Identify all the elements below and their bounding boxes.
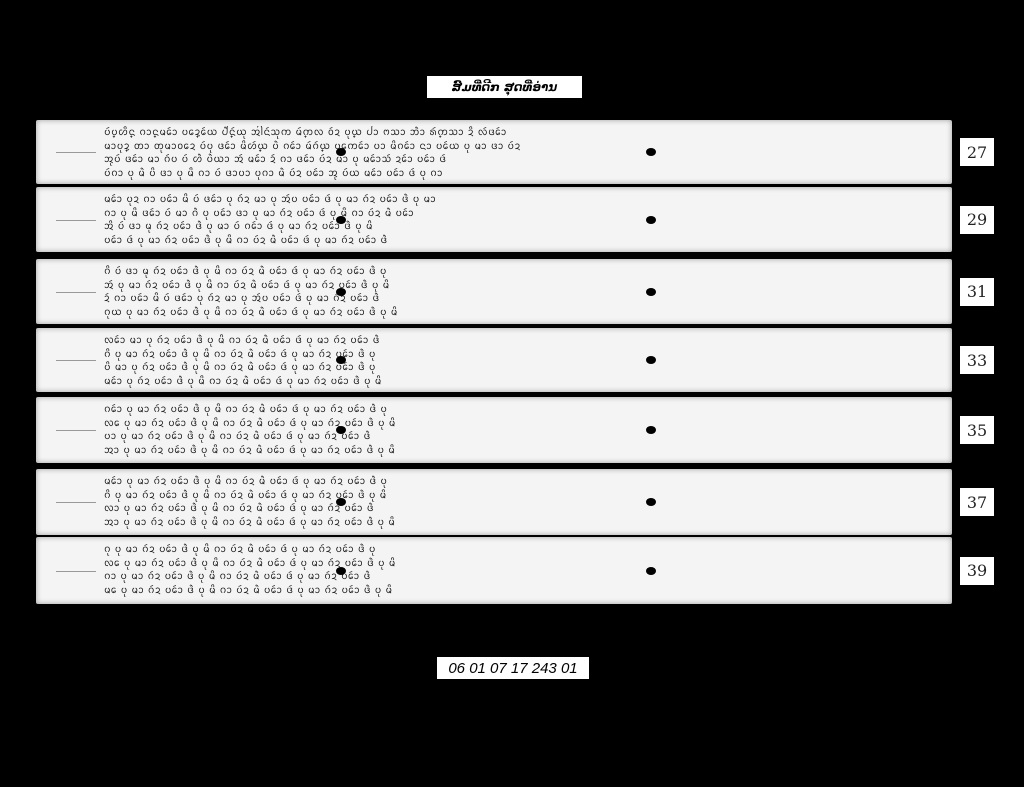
manuscript-text-line: ᨣᩩ ᨷᩩ ᨾᩣ ᨣᩢᨯ ᨷᩮᩢᩣ ᨴᩫ ᨷᩩ ᨾᩦ ᨣᩣ ᨷᩢᨯ ᨾᩫ ᨷᩮᩢ… [104,543,892,556]
folio-number-label: 37 [960,488,994,516]
palm-leaf: ᨣᩩ ᨷᩩ ᨾᩣ ᨣᩢᨯ ᨷᩮᩢᩣ ᨴᩫ ᨷᩩ ᨾᩦ ᨣᩣ ᨷᩢᨯ ᨾᩫ ᨷᩮᩢ… [36,537,952,604]
manuscript-text-line: ᨾᩮᩢᩣ ᨷᩩ ᨾᩣ ᨣᩢᨯ ᨷᩮᩢᩣ ᨴᩫ ᨷᩩ ᨾᩦ ᨣᩣ ᨷᩢᨯ ᨾᩫ ᨷ… [104,475,892,488]
binding-hole [336,288,346,296]
binding-hole [646,498,656,506]
manuscript-text-line: ᨣᩣ ᨷᩩ ᨾᩦ ᨴᩮᩢᩣ ᨷᩢ ᨾᩣ ᨣᩫ ᨷᩩ ᨷᩮᩢᩣ ᨴᩣ ᨷᩩ ᨾᩣ … [104,207,892,220]
folio-number-label: 27 [960,138,994,166]
manuscript-text-line: ᨷᩦ ᨾᩣ ᨷᩩ ᨣᩢᨯ ᨷᩮᩢᩣ ᨴᩫ ᨷᩩ ᨾᩦ ᨣᩣ ᨷᩢᨯ ᨾᩫ ᨷᩮᩢ… [104,361,892,374]
binding-hole [646,567,656,575]
leaf-scratch [56,360,96,361]
manuscript-text-line: ᨣᩩᨿ ᨷᩩ ᨾᩣ ᨣᩢᨯ ᨷᩮᩢᩣ ᨴᩫ ᨷᩩ ᨾᩦ ᨣᩣ ᨷᩢᨯ ᨾᩫ ᨷᩮ… [104,306,892,319]
folio-number-label: 31 [960,278,994,306]
folio-number-label: 39 [960,557,994,585]
manuscript-text-line: ᨣᩦ ᨷᩩ ᨾᩣ ᨣᩢᨯ ᨷᩮᩢᩣ ᨴᩫ ᨷᩩ ᨾᩦ ᨣᩣ ᨷᩢᨯ ᨾᩫ ᨷᩮᩢ… [104,348,892,361]
palm-leaf: ᨣᩮᩢᩣ ᨷᩩ ᨾᩣ ᨣᩢᨯ ᨷᩮᩢᩣ ᨴᩫ ᨷᩩ ᨾᩦ ᨣᩣ ᨷᩢᨯ ᨾᩫ ᨷ… [36,397,952,463]
manuscript-text-line: ᨷᩢ᩠ᨷᩉᩦ᩠ᨶ ᨣᩣ᩠ᨶᨾᩮᩢᩣ ᨷᩮ᩠ᨯᩮᩢᨿ ᨸᩫ᩠ᨶᩢᨿᩩ ᩋᩤᨶᩢᩈᩩ… [104,126,892,139]
palm-leaf: ᨷᩢ᩠ᨷᩉᩦ᩠ᨶ ᨣᩣ᩠ᨶᨾᩮᩢᩣ ᨷᩮ᩠ᨯᩮᩢᨿ ᨸᩫ᩠ᨶᩢᨿᩩ ᩋᩤᨶᩢᩈᩩ… [36,120,952,184]
manuscript-text-line: ᩃᩣ ᨷᩩ ᨾᩣ ᨣᩢᨯ ᨷᩮᩢᩣ ᨴᩫ ᨷᩩ ᨾᩦ ᨣᩣ ᨷᩢᨯ ᨾᩫ ᨷᩮᩢ… [104,502,892,515]
binding-hole [336,148,346,156]
binding-hole [646,426,656,434]
manuscript-title-label: ສົມທີ່ດີກ ສຸດທີ່ອ່ານ [427,76,582,98]
manuscript-text-line: ᩃᩮ ᨷᩩ ᨾᩣ ᨣᩢᨯ ᨷᩮᩢᩣ ᨴᩫ ᨷᩩ ᨾᩦ ᨣᩣ ᨷᩢᨯ ᨾᩫ ᨷᩮᩢ… [104,417,892,430]
leaf-scratch [56,571,96,572]
manuscript-text-line: ᩋᩩᨷᩢ ᨴᩮᩢᩣ ᨾᩣ ᨣᩢᨷ ᨷᩢ ᩉᩫ ᨷᩫᨿᩣ ᩋᩢ ᨾᩮᩢᩣ ᨯᩢ ᨣ… [104,153,892,166]
manuscript-text-line: ᨾᩮ ᨷᩩ ᨾᩣ ᨣᩢᨯ ᨷᩮᩢᩣ ᨴᩫ ᨷᩩ ᨾᩦ ᨣᩣ ᨷᩢᨯ ᨾᩫ ᨷᩮᩢ… [104,584,892,597]
leaf-scratch [56,152,96,153]
manuscript-identifier-label: 06 01 07 17 243 01 [437,657,589,679]
palm-leaf: ᩃᩮᩢᩣ ᨾᩣ ᨷᩩ ᨣᩢᨯ ᨷᩮᩢᩣ ᨴᩫ ᨷᩩ ᨾᩦ ᨣᩣ ᨷᩢᨯ ᨾᩫ ᨷ… [36,328,952,392]
manuscript-text-line: ᨣᩮᩢᩣ ᨷᩩ ᨾᩣ ᨣᩢᨯ ᨷᩮᩢᩣ ᨴᩫ ᨷᩩ ᨾᩦ ᨣᩣ ᨷᩢᨯ ᨾᩫ ᨷ… [104,403,892,416]
manuscript-text-line: ᩃᩮ ᨷᩩ ᨾᩣ ᨣᩢᨯ ᨷᩮᩢᩣ ᨴᩫ ᨷᩩ ᨾᩦ ᨣᩣ ᨷᩢᨯ ᨾᩫ ᨷᩮᩢ… [104,557,892,570]
manuscript-text-line: ᩋᩣ ᨷᩩ ᨾᩣ ᨣᩢᨯ ᨷᩮᩢᩣ ᨴᩫ ᨷᩩ ᨾᩦ ᨣᩣ ᨷᩢᨯ ᨾᩫ ᨷᩮᩢ… [104,444,892,457]
manuscript-text-line: ᨾᩣᨷᩩ᩠ᨯ ᨲᩣ ᨲᩩᨾᩣᩅᩮᨯ ᨷᩢᨷᩩ ᨴᩮᩢᩣ ᨾᩦᩉᩢ᩠ᨿ ᨷᩫ ᨣᩮ… [104,140,892,153]
manuscript-text-line: ᩋᩦ ᨷᩢ ᨴᩣ ᨾᩩ ᨣᩢᨯ ᨷᩮᩢᩣ ᨴᩫ ᨷᩩ ᨾᩣ ᨷᩢ ᨣᩮᩢᩣ ᨴᩢ… [104,220,892,233]
palm-leaf: ᨾᩮᩢᩣ ᨷᩩ ᨾᩣ ᨣᩢᨯ ᨷᩮᩢᩣ ᨴᩫ ᨷᩩ ᨾᩦ ᨣᩣ ᨷᩢᨯ ᨾᩫ ᨷ… [36,469,952,535]
manuscript-text-line: ᨷᩮᩢᩣ ᨴᩢ ᨷᩩ ᨾᩣ ᨣᩢᨯ ᨷᩮᩢᩣ ᨴᩫ ᨷᩩ ᨾᩦ ᨣᩣ ᨷᩢᨯ ᨾ… [104,234,892,247]
manuscript-text-line: ᨣᩦ ᨷᩩ ᨾᩣ ᨣᩢᨯ ᨷᩮᩢᩣ ᨴᩫ ᨷᩩ ᨾᩦ ᨣᩣ ᨷᩢᨯ ᨾᩫ ᨷᩮᩢ… [104,489,892,502]
binding-hole [336,426,346,434]
binding-hole [336,498,346,506]
binding-hole [646,356,656,364]
folio-number-label: 29 [960,206,994,234]
folio-number-label: 35 [960,416,994,444]
manuscript-text-line: ᨷᩢᨣᩣ ᨷᩩ ᨾᩫ ᨷᩦ ᨴᩣ ᨷᩩ ᨾᩦ ᨣᩣ ᨷᩢ ᨴᩣᨷᩣ ᨷᩩᨣᩣ ᨾ… [104,167,892,180]
manuscript-text-line: ᨷᩣ ᨷᩩ ᨾᩣ ᨣᩢᨯ ᨷᩮᩢᩣ ᨴᩫ ᨷᩩ ᨾᩦ ᨣᩣ ᨷᩢᨯ ᨾᩫ ᨷᩮᩢ… [104,430,892,443]
leaf-scratch [56,292,96,293]
binding-hole [336,216,346,224]
manuscript-text-line: ᨯᩢ ᨣᩣ ᨷᩮᩢᩣ ᨾᩦ ᨷᩢ ᨴᩮᩢᩣ ᨷᩩ ᨣᩢᨯ ᨾᩣ ᨷᩩ ᩋᩢᨷ ᨷ… [104,292,892,305]
binding-hole [336,567,346,575]
palm-leaf: ᨣᩦ ᨷᩢ ᨴᩣ ᨾᩩ ᨣᩢᨯ ᨷᩮᩢᩣ ᨴᩫ ᨷᩩ ᨾᩦ ᨣᩣ ᨷᩢᨯ ᨾᩫ … [36,259,952,324]
binding-hole [646,148,656,156]
binding-hole [336,356,346,364]
manuscript-text-line: ᨾᩮᩢᩣ ᨷᩩ ᨣᩢᨯ ᨷᩮᩢᩣ ᨴᩫ ᨷᩩ ᨾᩦ ᨣᩣ ᨷᩢᨯ ᨾᩫ ᨷᩮᩢᩣ… [104,375,892,388]
folio-number-label: 33 [960,346,994,374]
binding-hole [646,288,656,296]
manuscript-text-line: ᨾᩮᩢᩣ ᨷᩩᨯ ᨣᩣ ᨷᩮᩢᩣ ᨾᩦ ᨷᩢ ᨴᩮᩢᩣ ᨷᩩ ᨣᩢᨯ ᨾᩣ ᨷᩩ… [104,193,892,206]
manuscript-text-line: ᨣᩦ ᨷᩢ ᨴᩣ ᨾᩩ ᨣᩢᨯ ᨷᩮᩢᩣ ᨴᩫ ᨷᩩ ᨾᩦ ᨣᩣ ᨷᩢᨯ ᨾᩫ … [104,265,892,278]
binding-hole [646,216,656,224]
manuscript-text-line: ᩋᩢ ᨷᩩ ᨾᩣ ᨣᩢᨯ ᨷᩮᩢᩣ ᨴᩫ ᨷᩩ ᨾᩦ ᨣᩣ ᨷᩢᨯ ᨾᩫ ᨷᩮᩢ… [104,279,892,292]
manuscript-text-line: ᨣᩣ ᨷᩩ ᨾᩣ ᨣᩢᨯ ᨷᩮᩢᩣ ᨴᩫ ᨷᩩ ᨾᩦ ᨣᩣ ᨷᩢᨯ ᨾᩫ ᨷᩮᩢ… [104,570,892,583]
palm-leaf: ᨾᩮᩢᩣ ᨷᩩᨯ ᨣᩣ ᨷᩮᩢᩣ ᨾᩦ ᨷᩢ ᨴᩮᩢᩣ ᨷᩩ ᨣᩢᨯ ᨾᩣ ᨷᩩ… [36,187,952,252]
manuscript-text-line: ᩃᩮᩢᩣ ᨾᩣ ᨷᩩ ᨣᩢᨯ ᨷᩮᩢᩣ ᨴᩫ ᨷᩩ ᨾᩦ ᨣᩣ ᨷᩢᨯ ᨾᩫ ᨷ… [104,334,892,347]
leaf-scratch [56,502,96,503]
manuscript-text-line: ᩋᩣ ᨷᩩ ᨾᩣ ᨣᩢᨯ ᨷᩮᩢᩣ ᨴᩫ ᨷᩩ ᨾᩦ ᨣᩣ ᨷᩢᨯ ᨾᩫ ᨷᩮᩢ… [104,516,892,529]
leaf-scratch [56,430,96,431]
leaf-scratch [56,220,96,221]
